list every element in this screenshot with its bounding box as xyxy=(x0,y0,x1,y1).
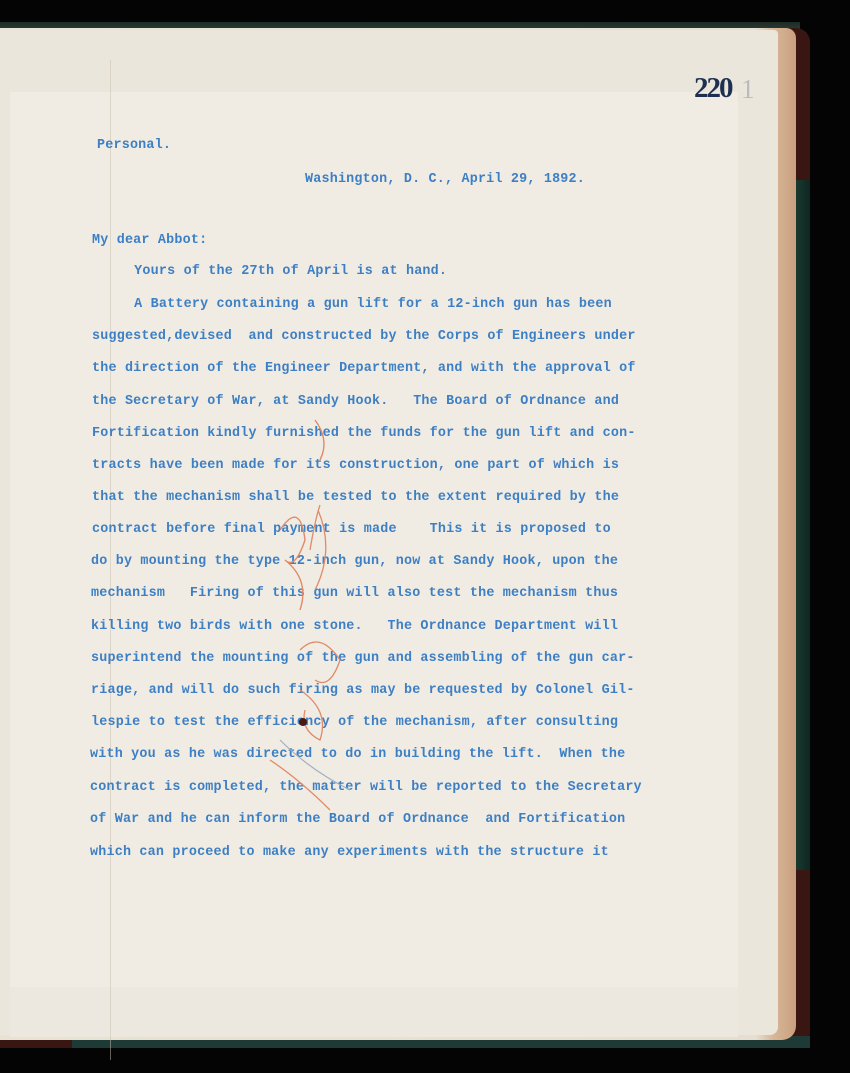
letter-dateline: Washington, D. C., April 29, 1892. xyxy=(305,172,585,187)
letter-line: riage, and will do such firing as may be… xyxy=(91,683,635,698)
letter-line: with you as he was directed to do in bui… xyxy=(90,747,625,762)
letter-salutation: My dear Abbot: xyxy=(92,233,207,248)
letter-line: which can proceed to make any experiment… xyxy=(90,845,609,860)
page-number-stamp: 220 xyxy=(694,72,732,105)
letter-line: of War and he can inform the Board of Or… xyxy=(90,812,625,827)
letter-line: that the mechanism shall be tested to th… xyxy=(92,490,619,505)
letter-line: lespie to test the efficiency of the mec… xyxy=(91,715,618,730)
letter-line: Fortification kindly furnished the funds… xyxy=(92,426,636,441)
letter-line: the direction of the Engineer Department… xyxy=(92,361,636,376)
letter-line: superintend the mounting of the gun and … xyxy=(91,651,635,666)
letter-line: suggested,devised and constructed by the… xyxy=(92,329,636,344)
letter-line: contract before final payment is made Th… xyxy=(92,522,611,537)
letter-line: killing two birds with one stone. The Or… xyxy=(91,619,618,634)
letter-heading: Personal. xyxy=(97,138,171,153)
letter-line: A Battery containing a gun lift for a 12… xyxy=(93,297,612,312)
letter-line: do by mounting the type 12-inch gun, now… xyxy=(91,554,618,569)
letter-line: contract is completed, the matter will b… xyxy=(90,780,642,795)
letter-line: the Secretary of War, at Sandy Hook. The… xyxy=(92,394,619,409)
letter-line: tracts have been made for its constructi… xyxy=(92,458,619,473)
letter-line: mechanism Firing of this gun will also t… xyxy=(91,586,618,601)
letter-line: Yours of the 27th of April is at hand. xyxy=(93,264,447,279)
page-number-ghost: 1 xyxy=(741,74,755,105)
letter-page: 220 1 Personal. Washington, D. C., April… xyxy=(0,30,778,1035)
